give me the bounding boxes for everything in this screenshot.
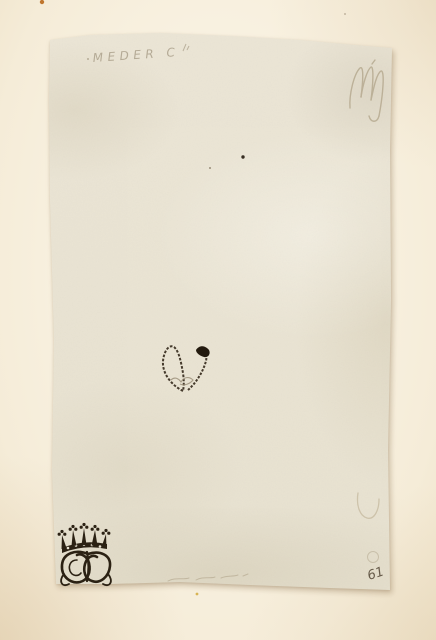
photo-of-paper-verso: MEDER C — [0, 0, 436, 640]
paper-grain-texture — [0, 0, 436, 640]
